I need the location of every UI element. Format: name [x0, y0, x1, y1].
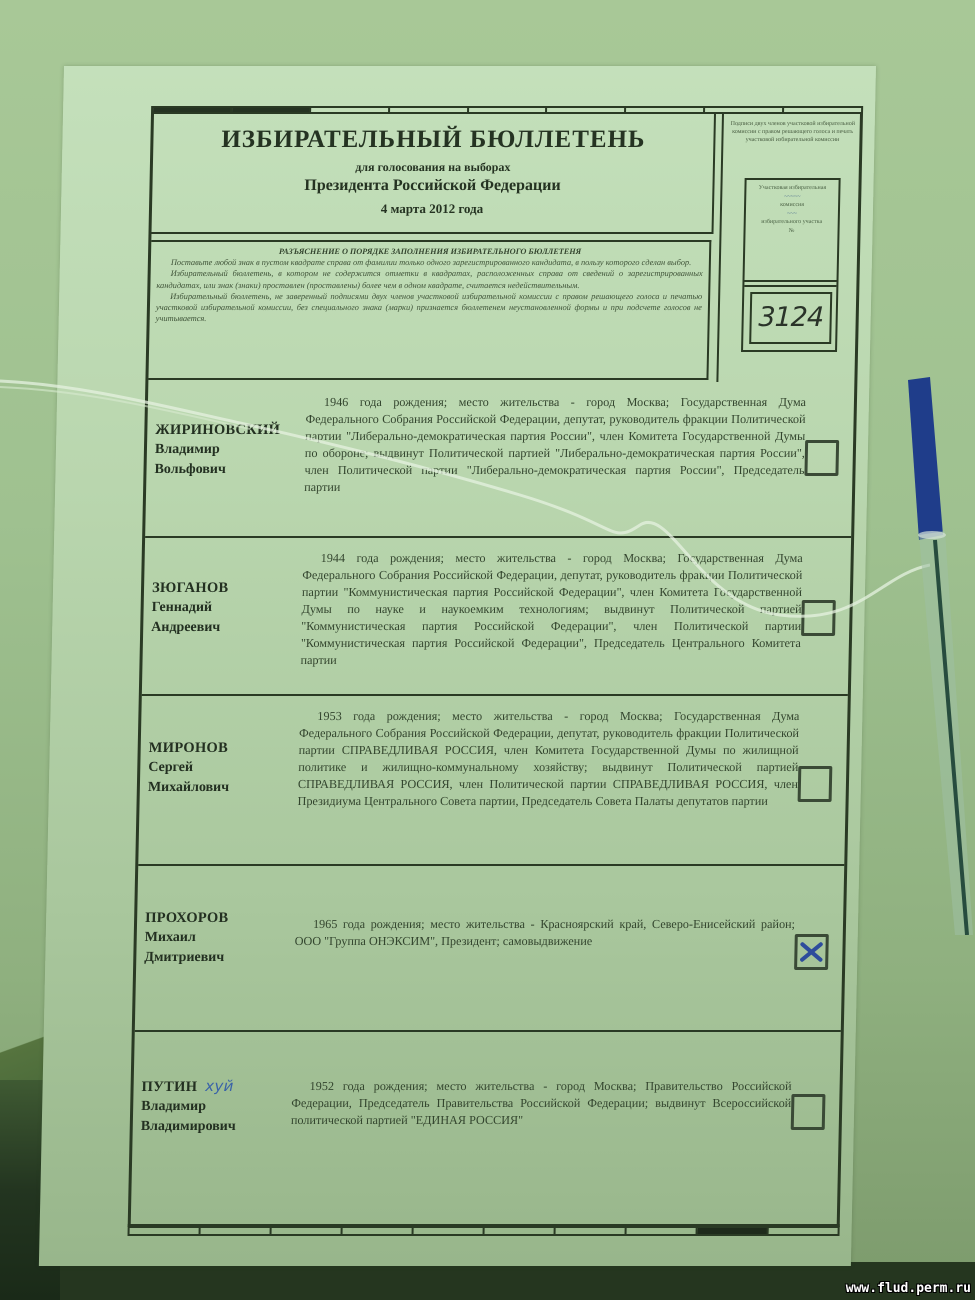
vote-checkbox[interactable]	[791, 1094, 826, 1130]
candidate-name: ПУТИНхуй Владимир Владимирович	[141, 1076, 292, 1137]
ballot-date: 4 марта 2012 года	[152, 201, 712, 217]
candidate-name: ЖИРИНОВСКИЙ Владимир Вольфович	[154, 420, 305, 480]
candidate-surname: ЗЮГАНОВ	[152, 578, 302, 598]
candidate-description: 1965 года рождения; место жительства - К…	[294, 916, 795, 950]
table-edge	[60, 1262, 975, 1300]
signature: ~~~	[749, 210, 835, 219]
candidate-patronymic: Владимирович	[141, 1117, 291, 1137]
watermark: www.flud.perm.ru	[846, 1281, 971, 1296]
handwritten-note: хуй	[205, 1077, 234, 1095]
candidate-row: ПРОХОРОВ Михаил Дмитриевич 1965 года рож…	[135, 864, 844, 1030]
candidate-row: ПУТИНхуй Владимир Владимирович 1952 года…	[131, 1030, 840, 1196]
candidate-name: ЗЮГАНОВ Геннадий Андреевич	[151, 578, 302, 638]
candidate-description: 1944 года рождения; место жительства - г…	[300, 550, 802, 669]
candidate-description: 1952 года рождения; место жительства - г…	[291, 1078, 792, 1129]
ballot-frame: ИЗБИРАТЕЛЬНЫЙ БЮЛЛЕТЕНЬ для голосования …	[128, 114, 863, 1227]
candidate-list: ЖИРИНОВСКИЙ Владимир Вольфович 1946 года…	[131, 384, 854, 1196]
candidate-surname: ПУТИНхуй	[141, 1076, 291, 1097]
candidate-patronymic: Михайлович	[148, 778, 298, 798]
vote-checkbox-marked[interactable]	[794, 934, 829, 970]
candidate-surname: МИРОНОВ	[149, 738, 299, 758]
instructions-paragraph: Поставьте любой знак в пустом квадрате с…	[157, 257, 703, 268]
candidate-patronymic: Дмитриевич	[144, 948, 294, 968]
commission-stamp-area: Подписи двух членов участковой избирател…	[716, 114, 862, 382]
signature: ~~~~~	[749, 193, 835, 202]
pen-icon	[905, 375, 975, 935]
candidate-first-name: Сергей	[148, 758, 298, 778]
vote-checkbox[interactable]	[804, 440, 839, 476]
stamp-signatures: Участковая избирательная ~~~~~ комиссия …	[745, 180, 839, 278]
ballot-election-name: Президента Российской Федерации	[152, 177, 712, 195]
ballot-paper: ИЗБИРАТЕЛЬНЫЙ БЮЛЛЕТЕНЬ для голосования …	[39, 66, 876, 1266]
candidate-name: ПРОХОРОВ Михаил Дмитриевич	[144, 908, 295, 968]
candidate-description: 1946 года рождения; место жительства - г…	[304, 394, 806, 496]
candidate-surname: ПРОХОРОВ	[145, 908, 295, 928]
stamp-line: избирательного участка	[749, 218, 835, 227]
top-marker-strip	[151, 106, 863, 114]
candidate-description: 1953 года рождения; место жительства - г…	[297, 708, 799, 810]
bottom-marker-strip	[127, 1226, 839, 1236]
ballot-header: ИЗБИРАТЕЛЬНЫЙ БЮЛЛЕТЕНЬ для голосования …	[148, 114, 860, 382]
vote-checkbox[interactable]	[798, 766, 833, 802]
title-box: ИЗБИРАТЕЛЬНЫЙ БЮЛЛЕТЕНЬ для голосования …	[151, 114, 716, 234]
candidate-row: МИРОНОВ Сергей Михайлович 1953 года рожд…	[138, 694, 848, 864]
vote-checkbox[interactable]	[801, 600, 836, 636]
instructions-heading: РАЗЪЯСНЕНИЕ О ПОРЯДКЕ ЗАПОЛНЕНИЯ ИЗБИРАТ…	[157, 246, 703, 257]
instructions-paragraph: Избирательный бюллетень, в котором не со…	[156, 268, 702, 290]
ballot-subtitle: для голосования на выборах	[153, 160, 713, 175]
stamp-divider	[744, 280, 836, 287]
candidate-first-name: Геннадий	[151, 598, 301, 618]
stamp-line: комиссия	[749, 201, 835, 210]
serial-number: 3124	[749, 292, 832, 344]
candidate-first-name: Владимир	[155, 440, 305, 460]
instructions-paragraph: Избирательный бюллетень, не заверенный п…	[156, 291, 703, 325]
ballot-title: ИЗБИРАТЕЛЬНЫЙ БЮЛЛЕТЕНЬ	[153, 126, 714, 154]
candidate-name: МИРОНОВ Сергей Михайлович	[148, 738, 299, 798]
candidate-patronymic: Вольфович	[154, 460, 304, 480]
candidate-surname: ЖИРИНОВСКИЙ	[155, 420, 305, 440]
stamp-header: Подписи двух членов участковой избирател…	[723, 114, 862, 172]
candidate-first-name: Михаил	[145, 928, 295, 948]
candidate-first-name: Владимир	[141, 1097, 291, 1117]
candidate-row: ЗЮГАНОВ Геннадий Андреевич 1944 года рож…	[142, 536, 851, 694]
candidate-patronymic: Андреевич	[151, 618, 301, 638]
stamp-line: №	[748, 227, 834, 236]
stamp-box: Участковая избирательная ~~~~~ комиссия …	[741, 178, 841, 352]
instructions-box: РАЗЪЯСНЕНИЕ О ПОРЯДКЕ ЗАПОЛНЕНИЯ ИЗБИРАТ…	[148, 240, 711, 380]
stamp-line: Участковая избирательная	[749, 184, 835, 193]
candidate-row: ЖИРИНОВСКИЙ Владимир Вольфович 1946 года…	[145, 384, 854, 536]
